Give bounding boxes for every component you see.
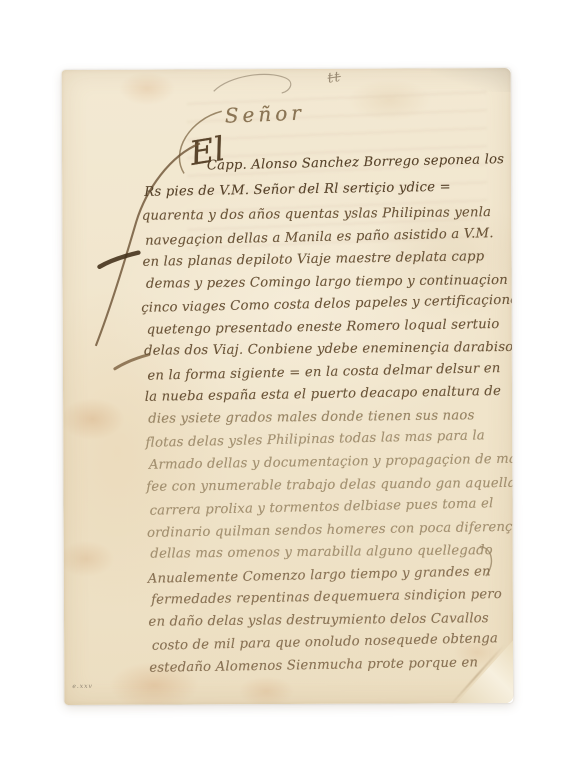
top-right-corner-shade: [431, 68, 511, 92]
manuscript-paper: tt Señor El Capp. Alonso Sanchez Borrego…: [62, 68, 514, 705]
manuscript-text-block: Capp. Alonso Sanchez Borrego seponea los…: [141, 153, 512, 683]
top-pencil-mark: tt: [327, 69, 342, 87]
photo-backdrop: tt Señor El Capp. Alonso Sanchez Borrego…: [0, 0, 573, 770]
margin-ink-stroke-upper: [99, 253, 138, 267]
senor-heading: Señor: [224, 101, 305, 128]
shelf-mark: e.xxv: [72, 683, 93, 690]
